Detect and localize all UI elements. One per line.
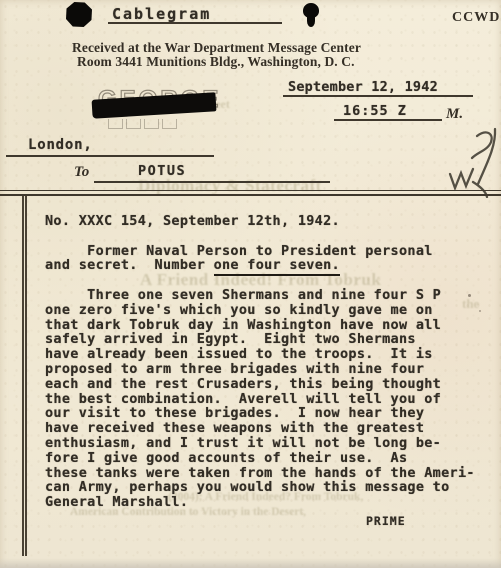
date-value: September 12, 1942 (288, 79, 438, 95)
stamp-fragment (162, 119, 177, 129)
received-address-line: Room 3441 Munitions Bldg., Washington, D… (77, 54, 355, 70)
message-number-line: No. XXXC 154, September 12th, 1942. (45, 213, 340, 229)
message-body: No. XXXC 154, September 12th, 1942. Form… (45, 214, 495, 510)
underline (108, 22, 282, 24)
origin-city: London, (28, 137, 93, 153)
time-suffix: M. (446, 106, 463, 123)
office-code: CCWD (452, 10, 500, 26)
ink-blot-icon (66, 2, 92, 27)
underline (94, 181, 330, 183)
to-label: To (74, 164, 89, 181)
handwritten-initials (443, 126, 501, 198)
message-number-words-underlined: one four seven. (214, 257, 340, 276)
stamp-fragment (108, 119, 123, 129)
form-type-label: Cablegram (112, 5, 211, 23)
margin-rule (22, 196, 24, 556)
divider-line (0, 194, 501, 196)
to-value: POTUS (138, 163, 186, 179)
underline (6, 155, 214, 157)
paper-speck (468, 294, 471, 297)
cablegram-document: Mortimer Street Diplomacy & Statecraft A… (0, 0, 501, 568)
stamp-fragment (126, 119, 141, 129)
divider-line (0, 190, 501, 191)
stamp-fragment (144, 119, 159, 129)
ink-blot-icon (307, 15, 315, 27)
underline (283, 95, 473, 97)
signature: PRIME (366, 514, 406, 528)
message-para2: Three one seven Shermans and nine four S… (45, 287, 475, 510)
time-value: 16:55 Z (343, 103, 407, 119)
underline (334, 119, 442, 121)
margin-rule (25, 196, 27, 556)
paper-speck (479, 310, 481, 312)
